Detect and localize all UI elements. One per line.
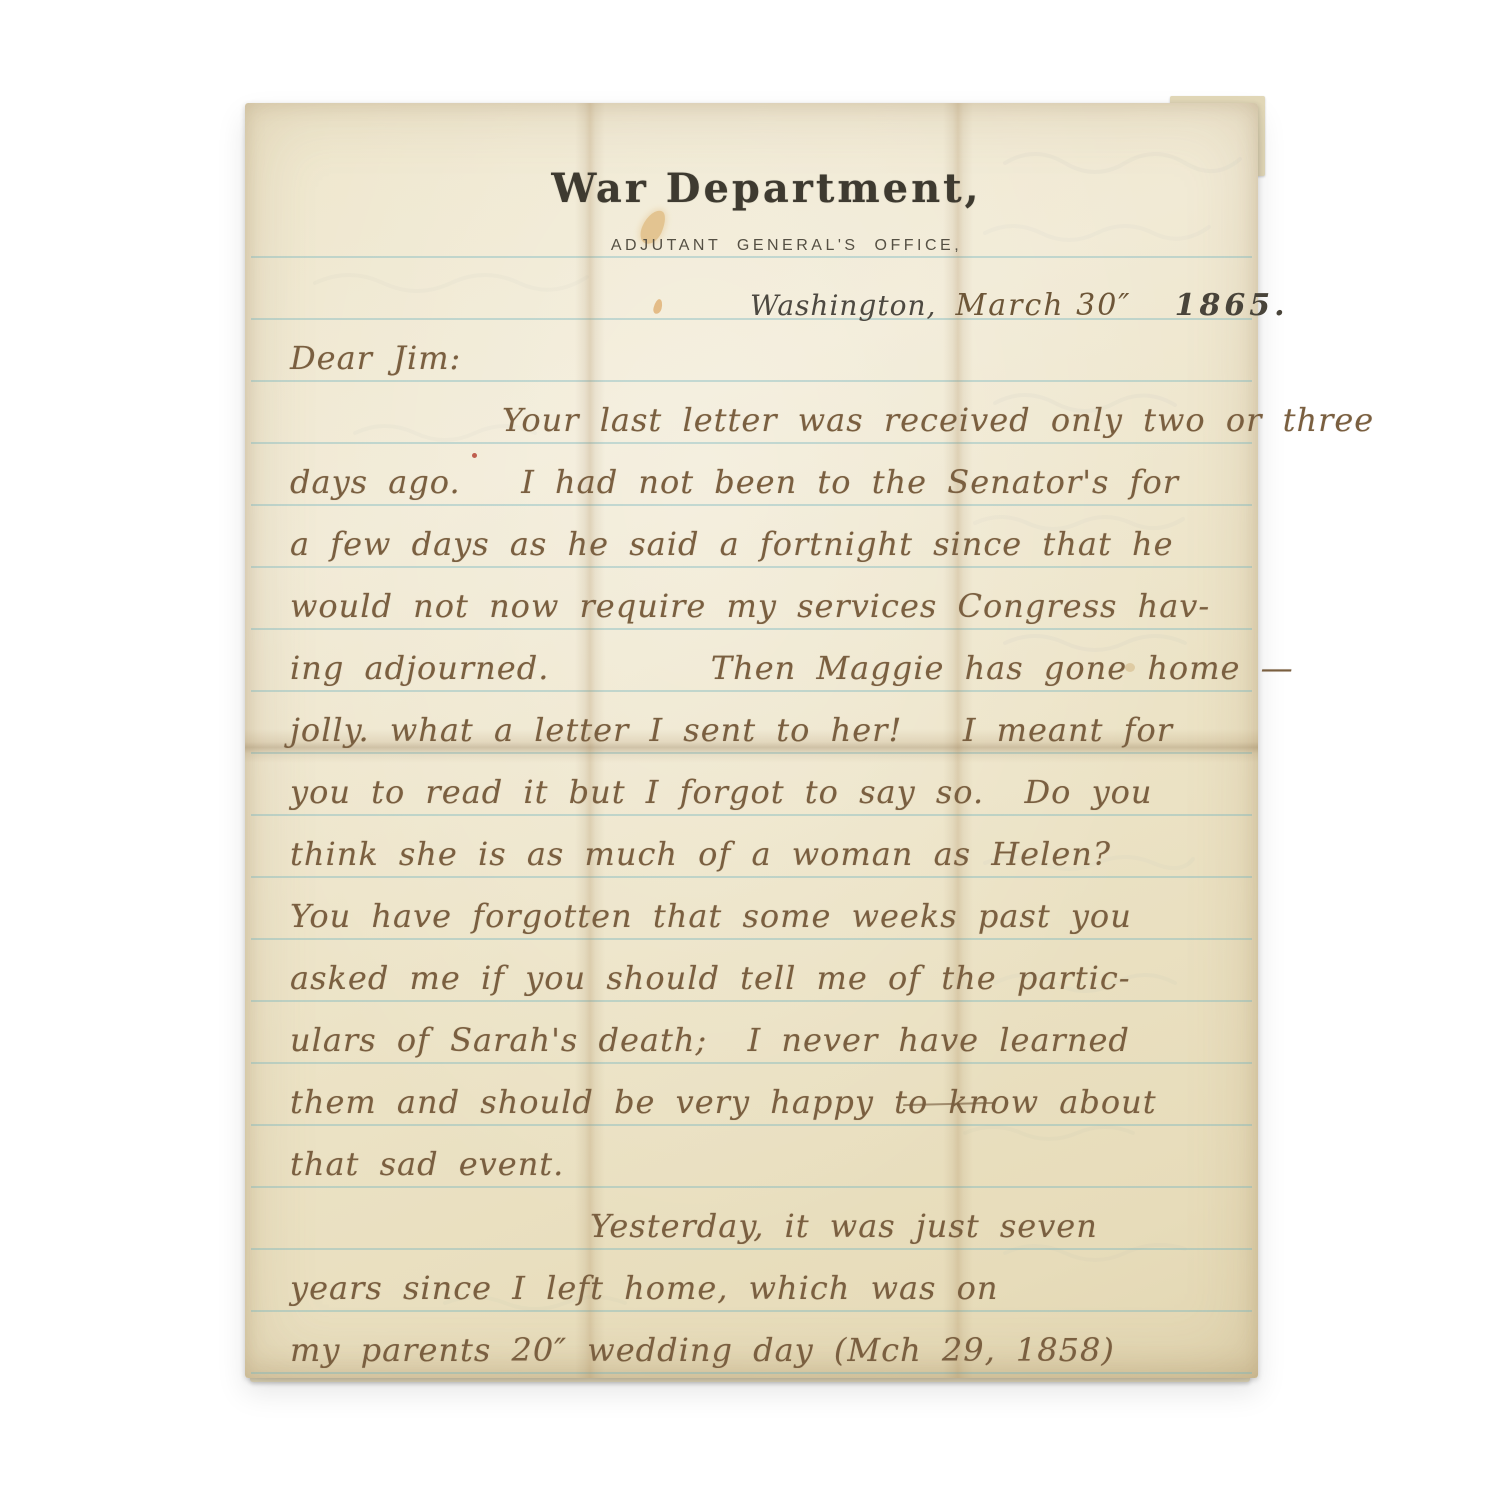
ink-stain xyxy=(652,298,663,314)
salutation: Dear Jim: xyxy=(290,327,1245,389)
letter-date-day: March 30″ xyxy=(956,288,1132,323)
letter-line: a few days as he said a fortnight since … xyxy=(290,513,1245,575)
letter-body: Dear Jim: Your last letter was received … xyxy=(290,327,1245,1381)
letter-line: ulars of Sarah's death; I never have lea… xyxy=(290,1009,1245,1071)
photo-canvas: War Department, ADJUTANT GENERAL'S OFFIC… xyxy=(0,0,1500,1500)
letterhead-place: Washington, xyxy=(750,289,936,322)
letter-page: War Department, ADJUTANT GENERAL'S OFFIC… xyxy=(245,103,1258,1378)
letter-date-year: 1865. xyxy=(1175,288,1289,323)
letter-line: years since I left home, which was on xyxy=(290,1257,1245,1319)
letter-line: that sad event. xyxy=(290,1133,1245,1195)
letter-line: them and should be very happy to know ab… xyxy=(290,1071,1245,1133)
letterhead-dateline: Washington, March 30″ 1865. xyxy=(750,288,1289,323)
letter-line: You have forgotten that some weeks past … xyxy=(290,885,1245,947)
letter-line: you to read it but I forgot to say so. D… xyxy=(290,761,1245,823)
letter-line: days ago. I had not been to the Senator'… xyxy=(290,451,1245,513)
letter-line: think she is as much of a woman as Helen… xyxy=(290,823,1245,885)
letter-line: Yesterday, it was just seven xyxy=(290,1195,1245,1257)
letter-line: my parents 20″ wedding day (Mch 29, 1858… xyxy=(290,1319,1245,1381)
letter-line: would not now require my services Congre… xyxy=(290,575,1245,637)
letter-line: ing adjourned. Then Maggie has gone home… xyxy=(290,637,1245,699)
letter-line: asked me if you should tell me of the pa… xyxy=(290,947,1245,1009)
letterhead-title: War Department, xyxy=(245,165,1258,212)
letterhead-office: ADJUTANT GENERAL'S OFFICE, xyxy=(245,237,1258,255)
letter-line: jolly. what a letter I sent to her! I me… xyxy=(290,699,1245,761)
letter-line: Your last letter was received only two o… xyxy=(290,389,1245,451)
photo-of-letter: { "letterhead": { "title": "War Departme… xyxy=(0,0,1500,1500)
